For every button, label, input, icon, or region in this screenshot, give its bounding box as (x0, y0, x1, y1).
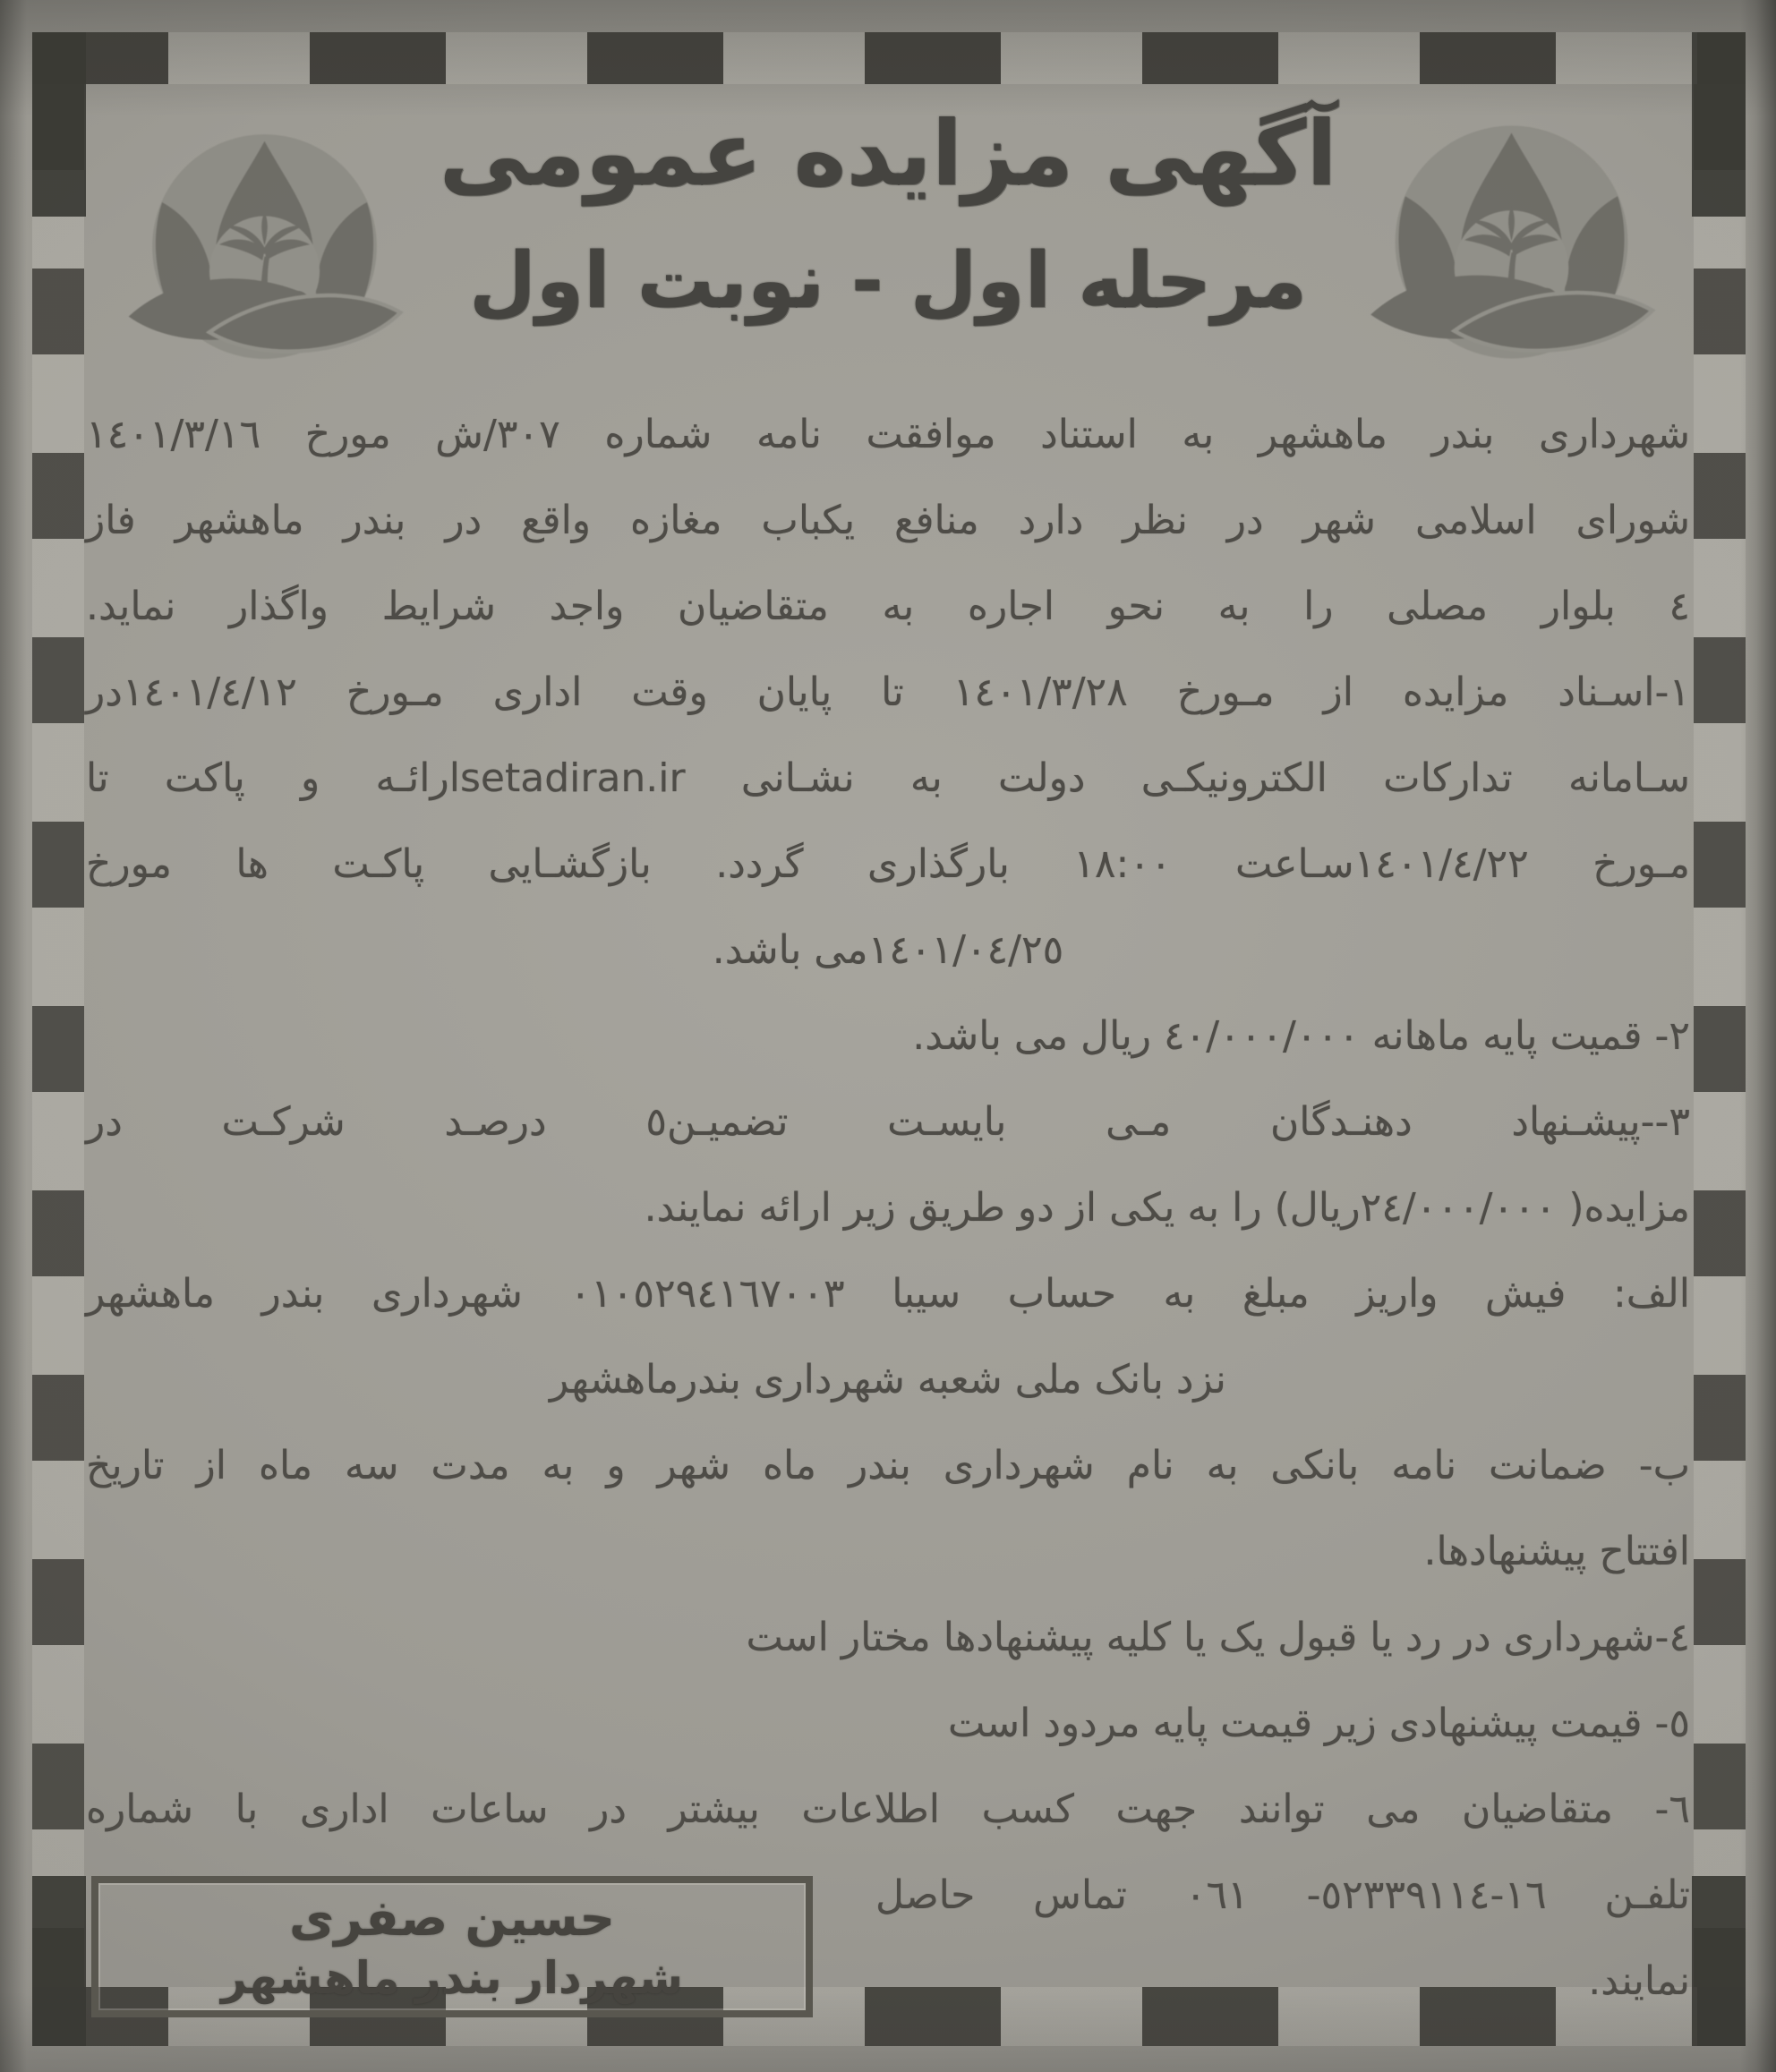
body-line: ٦- متقاضیان می توانند جهت کسب اطلاعات بی… (86, 1767, 1690, 1853)
body-line: ٢- قمیت پایه ماهانه ٤٠/٠٠٠/٠٠٠ ریال می ب… (86, 993, 1690, 1079)
notice-subtitle: مرحله اول - نوبت اول (0, 232, 1776, 332)
body-line: ١٤٠١/٠٤/٢٥می باشد. (86, 908, 1690, 993)
border-dash-right (1694, 84, 1746, 1987)
border-corner-bottom-right (1692, 1876, 1746, 2046)
body-line: الف: فیش واریز مبلغ به حساب سیبا ٠١٠٥٢٩٤… (86, 1251, 1690, 1337)
body-line: ب- ضمانت نامه بانکی به نام شهرداری بندر … (86, 1423, 1690, 1509)
body-line: مـورخ ١٤٠١/٤/٢٢سـاعت ١٨:٠٠ بارگذاری گردد… (86, 822, 1690, 908)
border-dash-top (32, 32, 1746, 84)
body-line: شورای اسلامی شهر در نظر دارد منافع یکباب… (86, 478, 1690, 564)
signature-name: حسین صفری (289, 1894, 615, 1943)
body-line: ٥- قیمت پیشنهادی زیر قیمت پایه مردود است (86, 1681, 1690, 1767)
body-line: افتتاح پیشنهادها. (86, 1509, 1690, 1595)
body-text: شهرداری بندر ماهشهر به استناد موافقت نام… (86, 392, 1690, 2025)
border-dash-left (32, 84, 84, 1987)
newspaper-notice-page: آگهی مزایده عمومی مرحله اول - نوبت اول ش… (0, 0, 1776, 2072)
body-line: ٤ بلوار مصلی را به نحو اجاره به متقاضیان… (86, 564, 1690, 650)
body-line: ٤-شهرداری در رد یا قبول یک یا کلیه پیشنه… (86, 1595, 1690, 1681)
border-corner-bottom-left (32, 1876, 86, 2046)
body-line: نزد بانک ملی شعبه شهرداری بندرماهشهر (86, 1337, 1690, 1423)
signature-box: حسین صفری شهردار بندر ماهشهر (91, 1876, 813, 2017)
body-line: سـامانه تدارکات الکترونیکـی دولت به نشـا… (86, 736, 1690, 822)
notice-title: آگهی مزایده عمومی (0, 93, 1776, 214)
notice-title-block: آگهی مزایده عمومی مرحله اول - نوبت اول (0, 93, 1776, 332)
body-line: ٣--پیشـنهاد دهنـدگان مـی بایسـت تضمیـن٥ … (86, 1079, 1690, 1165)
body-line: مزایده( ٢٤/٠٠٠/٠٠٠ریال) را به یکی از دو … (86, 1165, 1690, 1251)
body-line: ١-اسـناد مزایده از مـورخ ١٤٠١/٣/٢٨ تا پا… (86, 650, 1690, 736)
signature-role: شهردار بندر ماهشهر (221, 1956, 683, 2000)
body-line: شهرداری بندر ماهشهر به استناد موافقت نام… (86, 392, 1690, 478)
